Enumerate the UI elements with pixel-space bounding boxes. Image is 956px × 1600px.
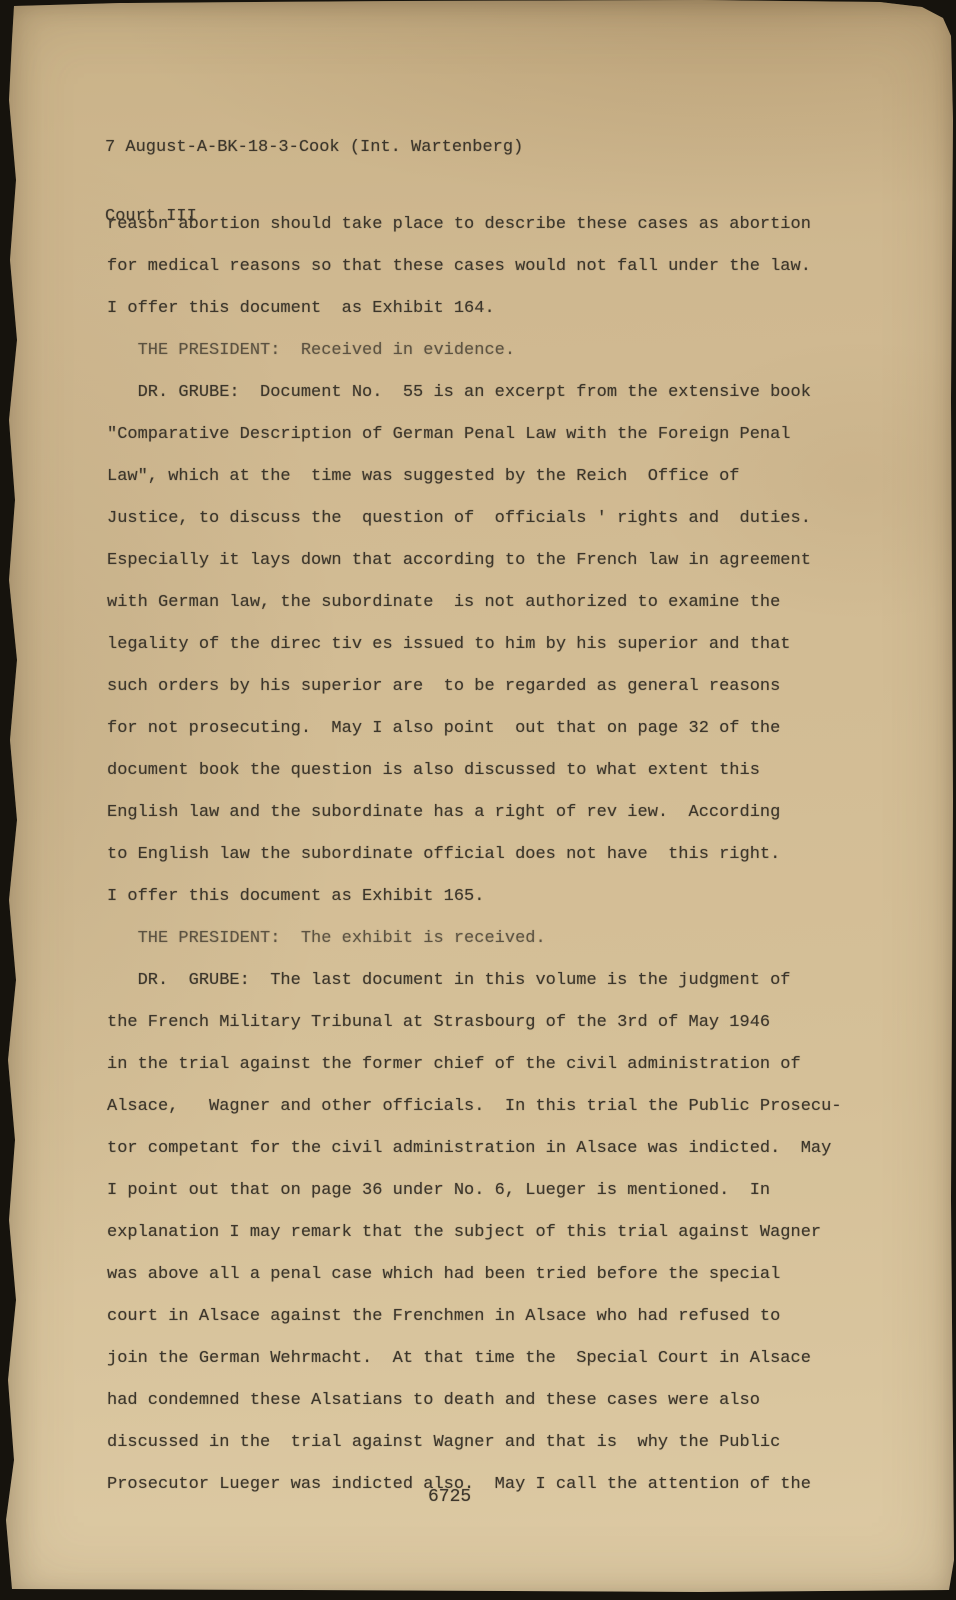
transcript-line-grube: DR. GRUBE: Document No. 55 is an excerpt… [107, 372, 842, 414]
transcript-line: for not prosecuting. May I also point ou… [107, 708, 842, 750]
transcript-line: explanation I may remark that the subjec… [107, 1212, 842, 1254]
page-number: 6725 [428, 1486, 471, 1508]
header-session-line: 7 August-A-BK-18-3-Cook (Int. Wartenberg… [105, 136, 523, 159]
transcript-line: Prosecutor Lueger was indicted also. May… [107, 1464, 842, 1506]
transcript-line: join the German Wehrmacht. At that time … [107, 1338, 842, 1380]
transcript-line: to English law the subordinate official … [107, 834, 842, 876]
transcript-line: was above all a penal case which had bee… [107, 1254, 842, 1296]
transcript-line-president: THE PRESIDENT: Received in evidence. [107, 330, 842, 372]
transcript-line: tor competant for the civil administrati… [107, 1128, 842, 1170]
transcript-line: Law", which at the time was suggested by… [107, 456, 842, 498]
transcript-body: reason abortion should take place to des… [107, 204, 842, 1506]
transcript-line: Alsace, Wagner and other officials. In t… [107, 1086, 842, 1128]
transcript-line: I offer this document as Exhibit 165. [107, 876, 842, 918]
transcript-line: reason abortion should take place to des… [107, 204, 842, 246]
transcript-line: legality of the direc tiv es issued to h… [107, 624, 842, 666]
transcript-line: in the trial against the former chief of… [107, 1044, 842, 1086]
scanned-page-background: 7 August-A-BK-18-3-Cook (Int. Wartenberg… [0, 0, 956, 1600]
transcript-line: with German law, the subordinate is not … [107, 582, 842, 624]
transcript-line: Especially it lays down that according t… [107, 540, 842, 582]
transcript-line: for medical reasons so that these cases … [107, 246, 842, 288]
transcript-line: Justice, to discuss the question of offi… [107, 498, 842, 540]
transcript-line: court in Alsace against the Frenchmen in… [107, 1296, 842, 1338]
transcript-line-grube: DR. GRUBE: The last document in this vol… [107, 960, 842, 1002]
transcript-line: I point out that on page 36 under No. 6,… [107, 1170, 842, 1212]
transcript-line: such orders by his superior are to be re… [107, 666, 842, 708]
transcript-line: the French Military Tribunal at Strasbou… [107, 1002, 842, 1044]
transcript-line: discussed in the trial against Wagner an… [107, 1422, 842, 1464]
transcript-line-president: THE PRESIDENT: The exhibit is received. [107, 918, 842, 960]
transcript-line: document book the question is also discu… [107, 750, 842, 792]
transcript-line: I offer this document as Exhibit 164. [107, 288, 842, 330]
paper-sheet: 7 August-A-BK-18-3-Cook (Int. Wartenberg… [0, 0, 956, 1600]
transcript-line: had condemned these Alsatians to death a… [107, 1380, 842, 1422]
transcript-line: "Comparative Description of German Penal… [107, 414, 842, 456]
transcript-line: English law and the subordinate has a ri… [107, 792, 842, 834]
